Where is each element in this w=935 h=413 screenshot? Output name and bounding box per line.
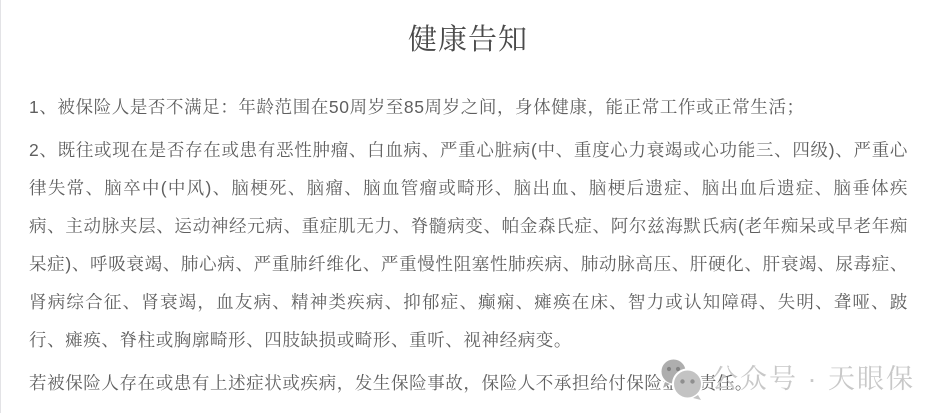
notice-paragraph-disclaimer: 若被保险人存在或患有上述症状或疾病，发生保险事故，保险人不承担给付保险金的责任。 [29, 364, 908, 402]
page-title: 健康告知 [1, 20, 935, 60]
notice-paragraph-disease-list: 2、既往或现在是否存在或患有恶性肿瘤、白血病、严重心脏病(中、重度心力衰竭或心功… [29, 131, 908, 359]
notice-body: 1、被保险人是否不满足：年龄范围在50周岁至85周岁之间，身体健康，能正常工作或… [1, 88, 935, 402]
notice-paragraph-age-condition: 1、被保险人是否不满足：年龄范围在50周岁至85周岁之间，身体健康，能正常工作或… [29, 88, 908, 126]
health-notice-page: 健康告知 1、被保险人是否不满足：年龄范围在50周岁至85周岁之间，身体健康，能… [0, 0, 935, 413]
